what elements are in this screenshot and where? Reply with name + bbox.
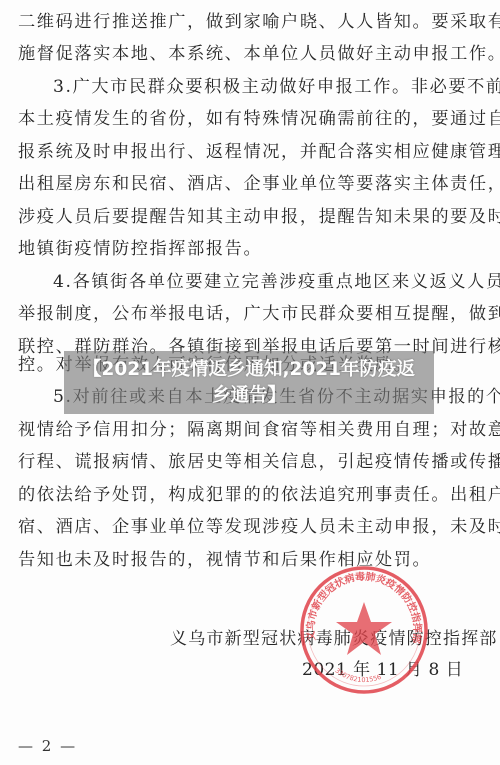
page-number: — 2 — [18, 737, 77, 755]
text-line: 报系统及时申报出行、返程情况，并配合落实相应健康管理措施。 [18, 141, 488, 163]
document-page: 二维码进行推送推广，做到家喻户晓、人人皆知。要采取有效措 施督促落实本地、本系统… [0, 0, 500, 765]
paragraph-3-start: 3.广大市民群众要积极主动做好申报工作。非必要不前往有 [53, 76, 500, 98]
paragraph-4-start: 4.各镇街各单位要建立完善涉疫重点地区来义返义人员的 [53, 271, 500, 293]
text-line: 本土疫情发生的省份，如有特殊情况确需前往的，要通过自主申 [18, 108, 488, 130]
text-line: 举报制度，公布举报电话，广大市民群众要相互提醒，做到联防 [18, 303, 488, 325]
text-line: 的依法给予处罚，构成犯罪的的依法追究刑事责任。出租户、民 [18, 484, 488, 506]
title-overlay-banner: 【2021年疫情返乡通知,2021年防疫返乡通告】 [64, 351, 434, 414]
text-line: 出租屋房东和民宿、酒店、企事业单位等要落实主体责任，发现 [18, 173, 488, 195]
banner-title: 【2021年疫情返乡通知,2021年防疫返乡通告】 [77, 357, 422, 409]
text-line: 视情给予信用扣分；隔离期间食宿等相关费用自理；对故意隐瞒 [18, 419, 488, 441]
text-line: 宿、酒店、企事业单位等发现涉疫人员未主动申报，未及时提醒 [18, 516, 488, 538]
text-line: 行程、谎报病情、旅居史等相关信息，引起疫情传播或传播风险 [18, 451, 488, 473]
text-line: 地镇街疫情防控指挥部报告。 [18, 238, 488, 260]
official-seal-icon: 义乌市新型冠状病毒肺炎疫情防控指挥部 330782101556 [298, 564, 430, 696]
text-line: 涉疫人员后要提醒告知其主动申报，提醒告知未果的要及时向属 [18, 206, 488, 228]
text-line: 二维码进行推送推广，做到家喻户晓、人人皆知。要采取有效措 [18, 11, 488, 33]
text-line: 施督促落实本地、本系统、本单位人员做好主动申报工作。 [18, 43, 488, 65]
